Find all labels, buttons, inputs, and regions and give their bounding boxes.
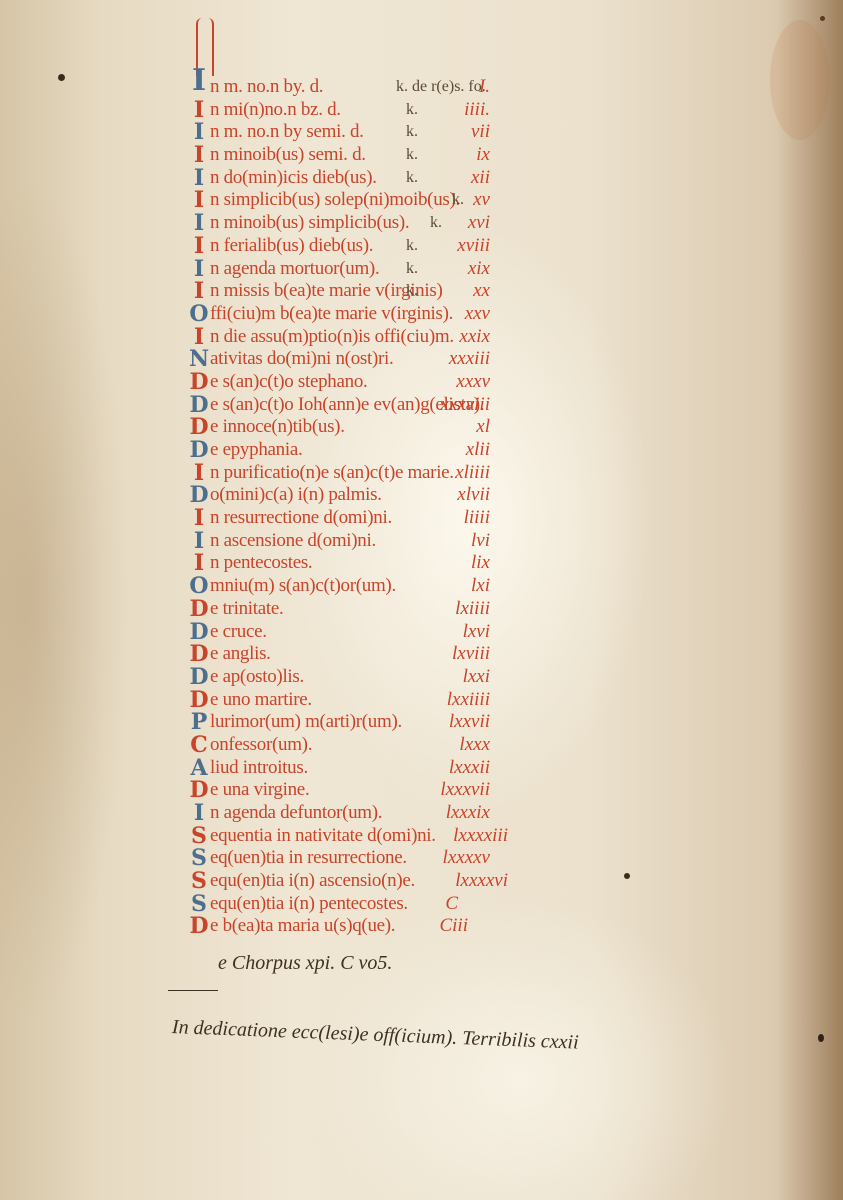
ink-spot [58,74,65,81]
entry-title: equ(en)tia i(n) ascensio(n)e. [210,870,415,893]
initial: A [188,757,210,780]
entry-title: e s(an)c(t)o stephano. [210,371,367,394]
initial: D [188,484,210,507]
entry-title: mniu(m) s(an)c(t)or(um). [210,575,396,598]
index-entry: Omniu(m) s(an)c(t)or(um).lxi [180,575,520,598]
index-entry: Sequentia in nativitate d(omi)ni.lxxxxii… [180,825,520,848]
folio-number: xvi [428,212,490,235]
folio-number: lxxx [428,734,490,757]
calendar-mark: k. [406,280,418,303]
initial: I [188,99,210,122]
index-entry: In mi(n)no.n bz. d.k.iiii. [180,99,520,122]
index-entry: De innoce(n)tib(us).xl [180,416,520,439]
folio-number: lxxi [428,666,490,689]
entry-title: ffi(ciu)m b(ea)te marie v(irginis). [210,303,453,326]
folio-number: lix [428,552,490,575]
entry-title: o(mini)c(a) i(n) palmis. [210,484,382,507]
entry-title: n agenda defuntor(um). [210,802,382,825]
ink-spot [818,1034,824,1042]
initial: D [188,666,210,689]
entry-title: e anglis. [210,643,271,666]
manuscript-page: In m. no.n by. d.k. de r(e)s. fo.I. In m… [0,0,843,1200]
entry-title: n minoib(us) semi. d. [210,144,366,167]
index-entry: In missis b(ea)te marie v(irginis)k.xx [180,280,520,303]
initial: C [188,734,210,757]
folio-number: xxix [428,326,490,349]
index-entry: Aliud introitus.lxxxii [180,757,520,780]
index-entry: De una virgine.lxxxvii [180,779,520,802]
folio-number: lxxxix [428,802,490,825]
entry-title: n m. no.n by semi. d. [210,121,364,144]
entry-title: e innoce(n)tib(us). [210,416,345,439]
entry-title: n m. no.n by. d. [210,76,323,99]
entry-title: n resurrectione d(omi)ni. [210,507,392,530]
folio-number: I. [428,76,490,99]
entry-title: n purificatio(n)e s(an)c(t)e marie. [210,462,454,485]
initial: O [188,303,210,326]
folio-number: xii [428,167,490,190]
calendar-mark: k. [406,258,418,281]
initial: I [188,212,210,235]
index-entry: Nativitas do(mi)ni n(ost)ri.xxxiii [180,348,520,371]
index-entry: Confessor(um).lxxx [180,734,520,757]
folio-number: xlvii [428,484,490,507]
note-rule [168,990,218,991]
initial: I [188,258,210,281]
initial: I [188,121,210,144]
folio-number: Ciii [428,915,468,938]
initial: I [188,530,210,553]
entry-title: n do(min)icis dieb(us). [210,167,377,190]
initial: O [188,575,210,598]
entry-title: n simplicib(us) solep(ni)moib(us). [210,189,460,212]
index-entry: Offi(ciu)m b(ea)te marie v(irginis).xxv [180,303,520,326]
initial: D [188,416,210,439]
entry-title: e una virgine. [210,779,309,802]
calendar-mark: k. [406,167,418,190]
added-note-corpus-christi: e Chorpus xpi. C vo5. [218,952,392,975]
index-entry: In ferialib(us) dieb(us).k.xviii [180,235,520,258]
ink-spot [820,16,825,21]
index-entry: Sequ(en)tia i(n) pentecostes.C [180,893,520,916]
folio-number: xv [428,189,490,212]
entry-title: e ap(osto)lis. [210,666,304,689]
folio-number: vii [428,121,490,144]
initial: I [188,326,210,349]
index-entry: In pentecostes.lix [180,552,520,575]
initial: I [188,507,210,530]
index-entry: In do(min)icis dieb(us).k.xii [180,167,520,190]
index-entry: In agenda mortuor(um).k.xix [180,258,520,281]
initial: S [188,893,210,916]
index-entry: Seq(uen)tia in resurrectione.lxxxxv [180,847,520,870]
index-entry: In agenda defuntor(um).lxxxix [180,802,520,825]
entry-title: equentia in nativitate d(omi)ni. [210,825,436,848]
entry-title: e trinitate. [210,598,283,621]
entry-title: liud introitus. [210,757,308,780]
initial: I [188,552,210,575]
entry-title: equ(en)tia i(n) pentecostes. [210,893,408,916]
entry-title: n pentecostes. [210,552,312,575]
initial: I [188,144,210,167]
initial: D [188,915,210,938]
index-entry: In m. no.n by. d.k. de r(e)s. fo.I. [180,76,520,99]
folio-number: xxxv [428,371,490,394]
index-entry: De trinitate.lxiiii [180,598,520,621]
index-entry: In ascensione d(omi)ni.lvi [180,530,520,553]
folio-number: lxxvii [428,711,490,734]
index-entry: Do(mini)c(a) i(n) palmis.xlvii [180,484,520,507]
index-entry: Sequ(en)tia i(n) ascensio(n)e.lxxxxvi [180,870,520,893]
index-entry: De cruce.lxvi [180,621,520,644]
folio-number: ix [428,144,490,167]
initial: S [188,825,210,848]
entry-title: n mi(n)no.n bz. d. [210,99,341,122]
foxing-stain [770,20,830,140]
entry-title: n die assu(m)ptio(n)is offi(ciu)m. [210,326,454,349]
initial: I [188,802,210,825]
entry-title: n ferialib(us) dieb(us). [210,235,373,258]
entry-title: e b(ea)ta maria u(s)q(ue). [210,915,395,938]
initial: P [188,711,210,734]
folio-number: lxvi [428,621,490,644]
initial: D [188,394,210,417]
folio-number: C [428,893,458,916]
index-entry: De b(ea)ta maria u(s)q(ue).Ciii [180,915,520,938]
calendar-mark: k. [406,121,418,144]
folio-number: lxxxii [428,757,490,780]
folio-number: xxv [428,303,490,326]
initial: D [188,621,210,644]
entry-title: n minoib(us) simplicib(us). [210,212,409,235]
initial: I [188,189,210,212]
ink-spot [624,873,630,879]
entry-title: eq(uen)tia in resurrectione. [210,847,407,870]
folio-number: xl [428,416,490,439]
added-note-dedication: In dedicatione ecc(lesi)e off(icium). Te… [172,1016,580,1055]
index-entry: In minoib(us) semi. d.k.ix [180,144,520,167]
index-entry: In minoib(us) simplicib(us).k.xvi [180,212,520,235]
index-entry: De uno martire.lxxiiii [180,689,520,712]
initial: D [188,643,210,666]
entry-title: e uno martire. [210,689,312,712]
folio-number: lxxxxv [428,847,490,870]
calendar-mark: k. [406,99,418,122]
initial: D [188,371,210,394]
folio-number: lxxiiii [428,689,490,712]
folio-number: liiii [428,507,490,530]
entry-title: lurimor(um) m(arti)r(um). [210,711,402,734]
index-entry: De s(an)c(t)o stephano.xxxv [180,371,520,394]
folio-number: lxxxxiii [428,825,508,848]
folio-number: iiii. [428,99,490,122]
folio-number: xliiii [428,462,490,485]
initial: D [188,779,210,802]
folio-number: xxxviii [428,394,490,417]
entry-title: onfessor(um). [210,734,312,757]
index-entry: In simplicib(us) solep(ni)moib(us).k.xv [180,189,520,212]
folio-number: lxxxxvi [428,870,508,893]
initial: I [188,280,210,303]
initial: I [188,167,210,190]
entry-title: n agenda mortuor(um). [210,258,379,281]
initial: D [188,689,210,712]
index-entry: De anglis.lxviii [180,643,520,666]
entry-title: ativitas do(mi)ni n(ost)ri. [210,348,393,371]
index-entry: De epyphania.xlii [180,439,520,462]
calendar-mark: k. [406,235,418,258]
calendar-mark: k. [406,144,418,167]
folio-number: lvi [428,530,490,553]
decorated-initial: I [188,70,210,93]
index-entry: In m. no.n by semi. d.k.vii [180,121,520,144]
folio-number: xx [428,280,490,303]
index-entry: Plurimor(um) m(arti)r(um).lxxvii [180,711,520,734]
entry-title: e epyphania. [210,439,302,462]
index-entry: De s(an)c(t)o Ioh(ann)e ev(an)g(elista).… [180,394,520,417]
folio-number: lxviii [428,643,490,666]
folio-number: xxxiii [428,348,490,371]
entry-title: n ascensione d(omi)ni. [210,530,376,553]
folio-number: lxiiii [428,598,490,621]
entry-title: e cruce. [210,621,267,644]
folio-number: xix [428,258,490,281]
folio-number: xlii [428,439,490,462]
index-entry: De ap(osto)lis.lxxi [180,666,520,689]
index-entry: In purificatio(n)e s(an)c(t)e marie.xlii… [180,462,520,485]
index-entry: In resurrectione d(omi)ni.liiii [180,507,520,530]
index-entries: In m. no.n by. d.k. de r(e)s. fo.I. In m… [180,76,520,938]
index-entry: In die assu(m)ptio(n)is offi(ciu)m.xxix [180,326,520,349]
folio-number: lxi [428,575,490,598]
folio-number: xviii [428,235,490,258]
initial: D [188,598,210,621]
initial: I [188,462,210,485]
initial: I [188,235,210,258]
initial: N [188,348,210,371]
folio-number: lxxxvii [428,779,490,802]
initial: S [188,870,210,893]
initial: S [188,847,210,870]
initial: D [188,439,210,462]
